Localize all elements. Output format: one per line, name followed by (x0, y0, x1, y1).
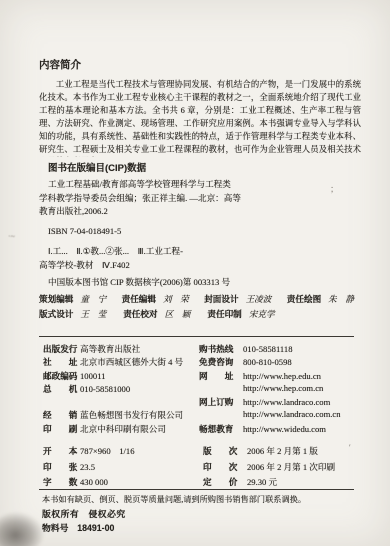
cip-editor-line: 学科教学指导委员会组编；张正祥主编. —北京：高等 (39, 192, 241, 206)
cip-heading: 图书在版编目(CIP)数据 (48, 160, 146, 174)
credit-name: 童 宁 (80, 294, 106, 304)
pub-label: 网上订购 (199, 396, 243, 408)
pub-label: 畅想教育 (199, 423, 243, 435)
pub-value: 高等教育出版社 (80, 344, 140, 354)
pub-label: 购书热线 (199, 343, 243, 355)
credit-pair: 版式设计王 莹 (39, 308, 106, 320)
credit-name: 区 颖 (165, 309, 191, 319)
pub-value: 100011 (80, 371, 105, 381)
pub-label: 印 刷 (43, 423, 80, 435)
print-value: 23.5 (80, 462, 95, 472)
print-label: 定 价 (203, 476, 247, 488)
pub-label: 网 址 (199, 370, 243, 382)
credit-pair: 策划编辑童 宁 (39, 293, 106, 305)
print-label: 印 次 (203, 461, 247, 473)
pub-url: http://www.landraco.com (243, 397, 330, 407)
print-row: 版 次2006 年 2 月第 1 版 (203, 445, 335, 461)
credit-name: 刘 荣 (163, 294, 189, 304)
content-summary-heading: 内容简介 (39, 57, 81, 72)
print-label: 印 张 (43, 461, 80, 473)
scan-speck: ； (330, 182, 339, 195)
pub-label: 社 址 (43, 356, 80, 368)
print-label: 字 数 (43, 476, 80, 488)
divider-rule-top (39, 336, 354, 337)
credit-name: 王 莹 (80, 309, 106, 319)
pub-label: 经 销 (43, 409, 80, 421)
pub-value: http://www.hep.edu.cn (243, 371, 321, 381)
credit-role: 封面设计 (204, 294, 238, 304)
print-value: 787×960 1/16 (80, 446, 135, 456)
quality-notice: 本书如有缺页、倒页、脱页等质量问题,请到所购图书销售部门联系调换。 (42, 494, 306, 505)
pub-row: 经 销蓝色畅想图书发行有限公司 (43, 409, 183, 422)
credits-row-1: 策划编辑童 宁 责任编辑刘 荣 封面设计王凌波 责任绘图朱 静 (39, 293, 354, 305)
cip-classification-line2: 高等学校-教材 Ⅳ.F402 (39, 259, 241, 273)
print-spec-left-column: 开 本787×960 1/16 印 张23.5 字 数430 000 (43, 445, 135, 492)
pub-row-spacer (43, 396, 183, 409)
cip-classification-line1: Ⅰ.工... Ⅱ.①教...②张... Ⅲ.工业工程- (39, 245, 241, 259)
pub-row: http://www.landraco.com.cn (199, 409, 341, 422)
credit-name: 朱 静 (328, 294, 354, 304)
pub-row: 社 址北京市西城区德外大街 4 号 (43, 356, 183, 369)
publication-info-left-column: 出版发行高等教育出版社 社 址北京市西城区德外大街 4 号 邮政编码100011… (43, 343, 183, 436)
pub-label: 出版发行 (43, 343, 80, 355)
cip-registry-number: 中国版本图书馆 CIP 数据核字(2006)第 003313 号 (48, 276, 230, 288)
print-value: 2006 年 2 月第 1 版 (247, 446, 318, 456)
scan-speck: ′ (349, 443, 351, 452)
pub-row: 出版发行高等教育出版社 (43, 343, 183, 356)
scan-smudge (0, 512, 44, 546)
print-value: 2006 年 2 月第 1 次印刷 (247, 462, 335, 472)
pub-value: 北京中科印刷有限公司 (80, 424, 166, 434)
pub-row: 畅想教育http://www.widedu.com (199, 423, 341, 436)
pub-value: 010-58581000 (80, 384, 130, 394)
pub-value: 800-810-0598 (243, 357, 292, 367)
material-number: 物料号 18491-00 (42, 521, 114, 534)
pub-label: 总 机 (43, 383, 80, 395)
print-label: 版 次 (203, 445, 247, 457)
publication-info-right-column: 购书热线010-58581118 免费咨询800-810-0598 网 址htt… (199, 343, 341, 436)
cip-publisher-line: 教育出版社,2006.2 (39, 205, 241, 219)
credit-name: 王凌波 (246, 294, 272, 304)
pub-url: http://www.hep.com.cn (243, 383, 323, 393)
cip-block: 工业工程基础/教育部高等学校管理科学与工程类 学科教学指导委员会组编；张正祥主编… (39, 178, 241, 273)
pub-value: 010-58581118 (243, 344, 293, 354)
pub-row: 购书热线010-58581118 (199, 343, 341, 356)
credit-pair: 责任印制宋克学 (207, 308, 274, 320)
cip-title-line: 工业工程基础/教育部高等学校管理科学与工程类 (39, 178, 241, 192)
pub-label: 邮政编码 (43, 370, 80, 382)
isbn-line: ISBN 7-04-018491-5 (39, 225, 241, 239)
credit-role: 策划编辑 (39, 294, 73, 304)
pub-value: 北京市西城区德外大街 4 号 (80, 357, 183, 367)
pub-row: 印 刷北京中科印刷有限公司 (43, 423, 183, 436)
print-value: 430 000 (80, 477, 108, 487)
pub-row: http://www.hep.com.cn (199, 383, 341, 396)
credit-pair: 责任编辑刘 荣 (122, 293, 189, 305)
pub-row: 网 址http://www.hep.edu.cn (199, 370, 341, 383)
credit-role: 责任印制 (207, 309, 241, 319)
pub-row: 总 机010-58581000 (43, 383, 183, 396)
divider-rule-bottom (39, 489, 354, 490)
credit-role: 责任编辑 (122, 294, 156, 304)
pub-value: 蓝色畅想图书发行有限公司 (80, 410, 183, 420)
content-summary-paragraph: 工业工程是当代工程技术与管理协同发展、有机结合的产物，是一门发展中的系统化技术。… (39, 79, 361, 157)
print-row: 印 张23.5 (43, 461, 135, 477)
credit-role: 责任绘图 (287, 294, 321, 304)
credit-pair: 封面设计王凌波 (204, 293, 271, 305)
credit-role: 责任校对 (123, 309, 157, 319)
pub-url: http://www.landraco.com.cn (243, 409, 341, 419)
print-row: 印 次2006 年 2 月第 1 次印刷 (203, 461, 335, 477)
print-label: 开 本 (43, 445, 80, 457)
print-row: 开 本787×960 1/16 (43, 445, 135, 461)
pub-row: 邮政编码100011 (43, 370, 183, 383)
credit-pair: 责任绘图朱 静 (287, 293, 354, 305)
credit-role: 版式设计 (39, 309, 73, 319)
scan-speck: ·~ (8, 232, 22, 240)
credit-pair: 责任校对区 颖 (123, 308, 190, 320)
book-copyright-page: 内容简介 工业工程是当代工程技术与管理协同发展、有机结合的产物，是一门发展中的系… (0, 0, 390, 546)
pub-label: 免费咨询 (199, 356, 243, 368)
pub-url: http://www.widedu.com (243, 424, 326, 434)
credits-row-2: 版式设计王 莹 责任校对区 颖 责任印制宋克学 (39, 308, 354, 320)
pub-row: 免费咨询800-810-0598 (199, 356, 341, 369)
print-spec-right-column: 版 次2006 年 2 月第 1 版 印 次2006 年 2 月第 1 次印刷 … (203, 445, 335, 492)
pub-row: 网上订购http://www.landraco.com (199, 396, 341, 409)
copyright-statement: 版权所有 侵权必究 (42, 507, 126, 520)
print-value: 29.30 元 (247, 477, 277, 487)
credit-name: 宋克学 (249, 309, 275, 319)
